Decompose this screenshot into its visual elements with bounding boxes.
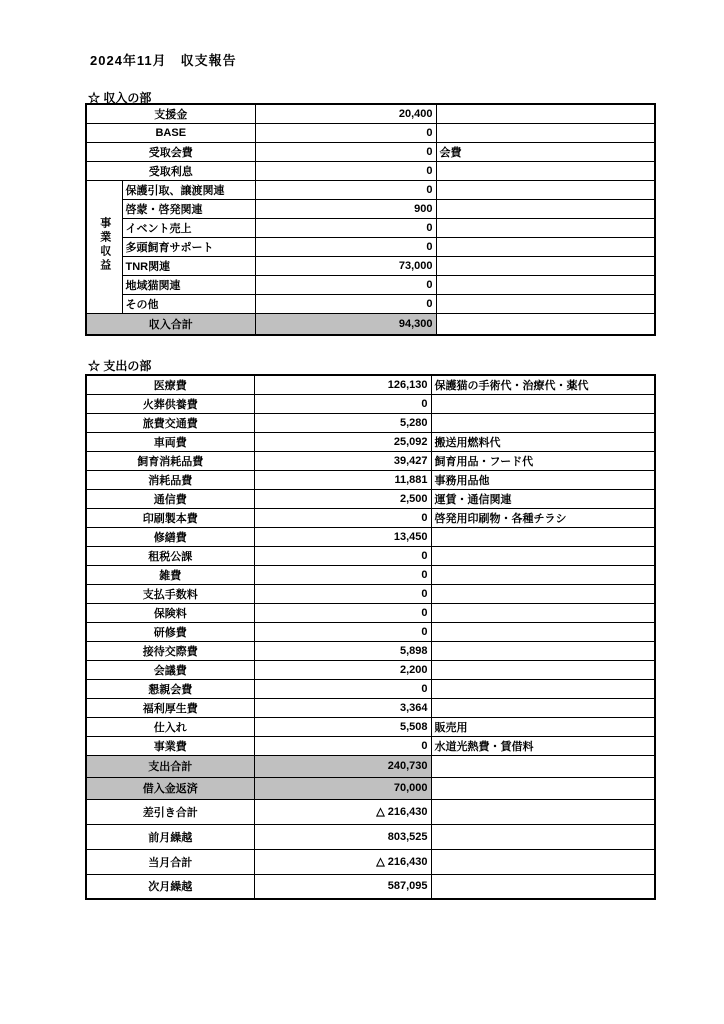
- summary-row-note: [431, 849, 655, 874]
- income-business-group-label: 事業収益: [86, 180, 122, 313]
- expense-row-note: [431, 698, 655, 717]
- expense-row-label: 火葬供養費: [86, 394, 254, 413]
- summary-row-value: 587,095: [254, 874, 431, 899]
- expense-row: 火葬供養費 0: [86, 394, 655, 413]
- income-row: 受取会費 0 会費: [86, 142, 655, 161]
- expense-row-label: 懇親会費: [86, 679, 254, 698]
- expense-row-value: 25,092: [254, 432, 431, 451]
- income-business-row: 事業収益 保護引取、譲渡関連 0: [86, 180, 655, 199]
- expense-row: 医療費 126,130 保護猫の手術代・治療代・薬代: [86, 375, 655, 394]
- income-row: BASE 0: [86, 123, 655, 142]
- summary-row: 次月繰越 587,095: [86, 874, 655, 899]
- income-total-label: 収入合計: [86, 313, 255, 335]
- income-row-value: 0: [255, 142, 436, 161]
- expense-row: 事業費 0 水道光熱費・賃借料: [86, 736, 655, 755]
- expense-row: 飼育消耗品費 39,427 飼育用品・フード代: [86, 451, 655, 470]
- expense-row-note: [431, 660, 655, 679]
- expense-row: 保険料 0: [86, 603, 655, 622]
- expense-row: 接待交際費 5,898: [86, 641, 655, 660]
- income-row: 受取利息 0: [86, 161, 655, 180]
- expense-row-label: 印刷製本費: [86, 508, 254, 527]
- expense-row-value: 5,508: [254, 717, 431, 736]
- income-total-value: 94,300: [255, 313, 436, 335]
- expense-row-value: 0: [254, 736, 431, 755]
- income-table: 支援金 20,400 BASE 0 受取会費 0 会費 受取利息 0 事業収益: [85, 103, 656, 336]
- income-row-value: 0: [255, 161, 436, 180]
- expense-row-value: 2,200: [254, 660, 431, 679]
- income-business-row: イベント売上 0: [86, 218, 655, 237]
- expense-row-note: [431, 527, 655, 546]
- expense-row-note: [431, 622, 655, 641]
- expense-row-value: 0: [254, 603, 431, 622]
- expense-row: 会議費 2,200: [86, 660, 655, 679]
- expense-row-label: 飼育消耗品費: [86, 451, 254, 470]
- expense-row: 仕入れ 5,508 販売用: [86, 717, 655, 736]
- summary-row: 差引き合計 △ 216,430: [86, 799, 655, 824]
- income-row-value: 0: [255, 180, 436, 199]
- summary-row-value: △ 216,430: [254, 849, 431, 874]
- summary-row: 当月合計 △ 216,430: [86, 849, 655, 874]
- income-row: 支援金 20,400: [86, 104, 655, 123]
- expense-row-value: 0: [254, 394, 431, 413]
- income-row-value: 20,400: [255, 104, 436, 123]
- income-row-note: [436, 218, 655, 237]
- income-row-label: 多頭飼育サポート: [122, 237, 255, 256]
- income-row-label: その他: [122, 294, 255, 313]
- summary-row-label: 差引き合計: [86, 799, 254, 824]
- expense-row-note: [431, 413, 655, 432]
- expense-row-note: [431, 679, 655, 698]
- income-row-label: BASE: [86, 123, 255, 142]
- income-row-value: 0: [255, 237, 436, 256]
- income-business-row: その他 0: [86, 294, 655, 313]
- expense-section-title: ☆ 支出の部: [88, 357, 151, 374]
- expense-row: 租税公課 0: [86, 546, 655, 565]
- expense-row-value: 0: [254, 622, 431, 641]
- expense-row-label: 租税公課: [86, 546, 254, 565]
- expense-row-value: 11,881: [254, 470, 431, 489]
- summary-row-value: 803,525: [254, 824, 431, 849]
- income-row-note: [436, 104, 655, 123]
- loan-repayment-label: 借入金返済: [86, 777, 254, 799]
- income-business-row: 地域猫関連 0: [86, 275, 655, 294]
- loan-repayment-note: [431, 777, 655, 799]
- report-title: 2024年11月 収支報告: [90, 50, 237, 69]
- summary-row-note: [431, 874, 655, 899]
- income-business-row: 多頭飼育サポート 0: [86, 237, 655, 256]
- income-business-group-text: 事業収益: [99, 217, 110, 273]
- expense-row-label: 雑費: [86, 565, 254, 584]
- income-row-note: [436, 161, 655, 180]
- expense-row-label: 保険料: [86, 603, 254, 622]
- income-business-row: TNR関連 73,000: [86, 256, 655, 275]
- expense-row: 支払手数料 0: [86, 584, 655, 603]
- income-row-value: 0: [255, 218, 436, 237]
- expense-row: 修繕費 13,450: [86, 527, 655, 546]
- expense-row-value: 0: [254, 679, 431, 698]
- expense-total-label: 支出合計: [86, 755, 254, 777]
- expense-row-note: [431, 584, 655, 603]
- summary-row-note: [431, 799, 655, 824]
- expense-row-note: 運賃・通信関連: [431, 489, 655, 508]
- expense-row: 通信費 2,500 運賃・通信関連: [86, 489, 655, 508]
- expense-row-note: [431, 603, 655, 622]
- income-row-note: [436, 123, 655, 142]
- expense-row-label: 通信費: [86, 489, 254, 508]
- summary-row-note: [431, 824, 655, 849]
- expense-total-row: 支出合計 240,730: [86, 755, 655, 777]
- income-row-note: 会費: [436, 142, 655, 161]
- income-row-label: 保護引取、譲渡関連: [122, 180, 255, 199]
- income-row-label: 地域猫関連: [122, 275, 255, 294]
- expense-row-value: 126,130: [254, 375, 431, 394]
- income-row-note: [436, 237, 655, 256]
- expense-row-value: 3,364: [254, 698, 431, 717]
- expense-row: 福利厚生費 3,364: [86, 698, 655, 717]
- expense-table: 医療費 126,130 保護猫の手術代・治療代・薬代 火葬供養費 0 旅費交通費…: [85, 374, 656, 900]
- expense-row-note: [431, 565, 655, 584]
- expense-row-label: 事業費: [86, 736, 254, 755]
- income-row-note: [436, 294, 655, 313]
- expense-row-value: 13,450: [254, 527, 431, 546]
- expense-row-note: 事務用品他: [431, 470, 655, 489]
- expense-row: 旅費交通費 5,280: [86, 413, 655, 432]
- expense-total-value: 240,730: [254, 755, 431, 777]
- expense-row-label: 支払手数料: [86, 584, 254, 603]
- income-row-value: 900: [255, 199, 436, 218]
- income-row-value: 0: [255, 275, 436, 294]
- income-row-label: TNR関連: [122, 256, 255, 275]
- report-page: 2024年11月 収支報告 ☆ 収入の部 支援金 20,400 BASE 0 受…: [0, 0, 724, 1024]
- expense-row: 雑費 0: [86, 565, 655, 584]
- expense-row: 懇親会費 0: [86, 679, 655, 698]
- expense-row-label: 車両費: [86, 432, 254, 451]
- income-row-value: 73,000: [255, 256, 436, 275]
- expense-row-note: [431, 394, 655, 413]
- expense-row-label: 旅費交通費: [86, 413, 254, 432]
- expense-row: 印刷製本費 0 啓発用印刷物・各種チラシ: [86, 508, 655, 527]
- income-row-label: 受取会費: [86, 142, 255, 161]
- expense-row-label: 消耗品費: [86, 470, 254, 489]
- summary-row: 前月繰越 803,525: [86, 824, 655, 849]
- income-row-label: 受取利息: [86, 161, 255, 180]
- expense-row-note: 販売用: [431, 717, 655, 736]
- expense-row: 車両費 25,092 搬送用燃料代: [86, 432, 655, 451]
- expense-row-label: 接待交際費: [86, 641, 254, 660]
- summary-row-label: 前月繰越: [86, 824, 254, 849]
- income-row-label: イベント売上: [122, 218, 255, 237]
- expense-row-label: 修繕費: [86, 527, 254, 546]
- expense-total-note: [431, 755, 655, 777]
- income-row-label: 啓蒙・啓発関連: [122, 199, 255, 218]
- expense-row-value: 0: [254, 565, 431, 584]
- income-row-note: [436, 256, 655, 275]
- expense-row-label: 医療費: [86, 375, 254, 394]
- summary-row-label: 次月繰越: [86, 874, 254, 899]
- expense-row-value: 0: [254, 508, 431, 527]
- expense-row-note: 保護猫の手術代・治療代・薬代: [431, 375, 655, 394]
- expense-row-note: 啓発用印刷物・各種チラシ: [431, 508, 655, 527]
- expense-row-value: 5,898: [254, 641, 431, 660]
- expense-row-label: 研修費: [86, 622, 254, 641]
- income-total-row: 収入合計 94,300: [86, 313, 655, 335]
- summary-row-value: △ 216,430: [254, 799, 431, 824]
- expense-row-value: 0: [254, 584, 431, 603]
- income-row-label: 支援金: [86, 104, 255, 123]
- expense-row: 研修費 0: [86, 622, 655, 641]
- expense-row-value: 2,500: [254, 489, 431, 508]
- income-row-note: [436, 199, 655, 218]
- income-row-note: [436, 180, 655, 199]
- income-row-value: 0: [255, 294, 436, 313]
- expense-row-value: 5,280: [254, 413, 431, 432]
- expense-row-label: 仕入れ: [86, 717, 254, 736]
- income-total-note: [436, 313, 655, 335]
- expense-row-note: [431, 546, 655, 565]
- loan-repayment-value: 70,000: [254, 777, 431, 799]
- income-row-value: 0: [255, 123, 436, 142]
- expense-row-value: 39,427: [254, 451, 431, 470]
- expense-row-note: 飼育用品・フード代: [431, 451, 655, 470]
- expense-row-label: 会議費: [86, 660, 254, 679]
- income-business-row: 啓蒙・啓発関連 900: [86, 199, 655, 218]
- income-row-note: [436, 275, 655, 294]
- expense-row-note: 水道光熱費・賃借料: [431, 736, 655, 755]
- expense-row: 消耗品費 11,881 事務用品他: [86, 470, 655, 489]
- expense-row-note: [431, 641, 655, 660]
- expense-row-value: 0: [254, 546, 431, 565]
- loan-repayment-row: 借入金返済 70,000: [86, 777, 655, 799]
- expense-row-label: 福利厚生費: [86, 698, 254, 717]
- summary-row-label: 当月合計: [86, 849, 254, 874]
- expense-row-note: 搬送用燃料代: [431, 432, 655, 451]
